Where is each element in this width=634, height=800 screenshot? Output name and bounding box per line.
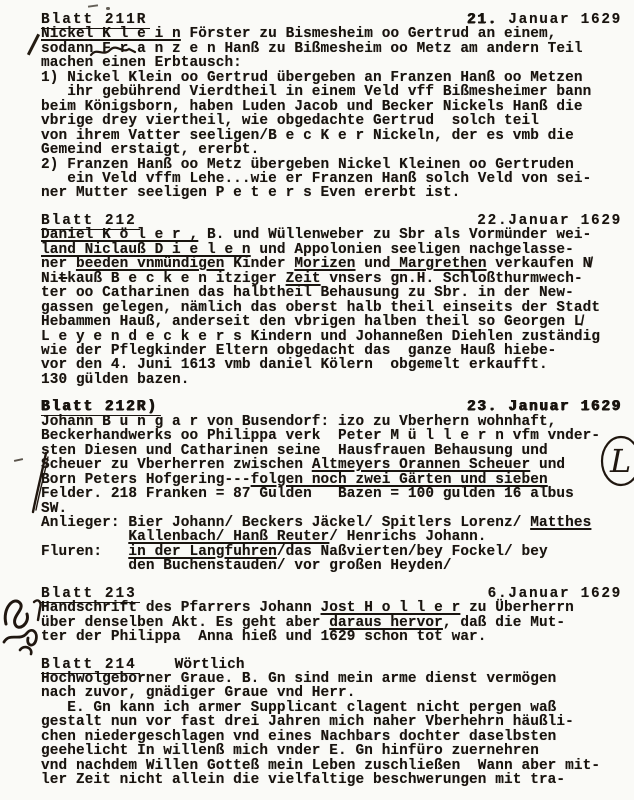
text-line: ner Mutter seeligen P e t e r s Even ere… xyxy=(41,186,628,200)
document-page: Blatt 211R21. Januar 1629Nickel K l e i … xyxy=(0,13,634,800)
text-line: gestalt nun vor fast drei Jahren mich na… xyxy=(41,715,628,729)
text-line: gassen gelegen, nämlich das oberst halb … xyxy=(41,301,628,315)
text-line: Gemeind erstaigt, ererbt. xyxy=(41,143,628,157)
handwritten-scribble-icon xyxy=(0,590,44,662)
text-line: SW. xyxy=(41,502,628,516)
text-line: Born Peters Hofgering---folgen noch zwei… xyxy=(41,473,628,487)
margin-slash-annotation-icon xyxy=(28,450,52,516)
text-line: Hebammen Hauß, anderseit den vbrigen hal… xyxy=(41,315,628,329)
text-line: Kallenbach/ Hanß Reuter/ Henrichs Johann… xyxy=(41,530,628,544)
text-line: ter oo Catharinen das halbtheil Behausun… xyxy=(41,286,628,300)
text-segment: ler Zeit nicht allein die vielfaltige be… xyxy=(41,772,565,788)
text-line: ter der Philippa Anna hieß und 1629 scho… xyxy=(41,630,628,644)
section-heading: Blatt 214 Wörtlich xyxy=(41,658,628,672)
circled-letter: L xyxy=(609,442,631,480)
heading-left: Blatt 214 Wörtlich xyxy=(41,658,245,672)
text-line: Scheuer zu Vberherren zwischen Altmeyers… xyxy=(41,458,628,472)
section-heading: Blatt 212R)23. Januar 1629 xyxy=(41,400,628,414)
top-dot-mark xyxy=(106,7,110,10)
heading-left: Blatt 212R) xyxy=(41,400,161,414)
text-segment: ter der Philippa Anna hieß und 1629 scho… xyxy=(41,629,487,645)
text-line: den Buchenstauden/ vor großen Heyden/ xyxy=(41,559,628,573)
flourish-annotation-icon xyxy=(88,44,138,60)
text-line: von ihrem Vatter seeligen/B e c K e r Ni… xyxy=(41,129,628,143)
section-blatt-212: Blatt 21222.Januar 1629Daniel K ö l e r … xyxy=(41,214,628,387)
text-line: vor den 4. Juni 1613 vmb daniel Kölern o… xyxy=(41,358,628,372)
section-blatt-214: Blatt 214 WörtlichHochwolgeborner Graue.… xyxy=(41,658,628,788)
text-segment: den Buchenstauden/ vor großen Heyden/ xyxy=(41,558,452,574)
text-line: Daniel K ö l e r , B. und Wüllenweber zu… xyxy=(41,228,628,242)
text-line: ihr gebührend Vierdtheil in einem Veld v… xyxy=(41,85,628,99)
text-line: ner beeden vnmündigen Kinder Morizen und… xyxy=(41,257,628,271)
text-segment: Matthes xyxy=(530,515,591,531)
text-line: geehelicht In willenß mich vnder E. Gn h… xyxy=(41,744,628,758)
text-segment: Felder. 218 Franken = 87 Gulden Bazen = … xyxy=(41,486,574,502)
section-blatt-211r: Blatt 211R21. Januar 1629Nickel K l e i … xyxy=(41,13,628,201)
text-line: Nitkauß B e c k e n itziger Zeit vnsers … xyxy=(41,272,628,286)
text-line: über denselben Akt. Es geht aber daraus … xyxy=(41,616,628,630)
scanned-document: { "page": { "kind": "typewritten archiva… xyxy=(0,0,634,800)
section-blatt-212r: Blatt 212R)23. Januar 1629Johann B u n g… xyxy=(41,400,628,573)
text-line: nach zuvor, gnädiger Graue vnd Herr. xyxy=(41,686,628,700)
text-segment: ner Mutter seeligen P e t e r s Even ere… xyxy=(41,185,460,201)
text-line: Felder. 218 Franken = 87 Gulden Bazen = … xyxy=(41,487,628,501)
section-blatt-213: Blatt 2136.Januar 1629Handschrift des Pf… xyxy=(41,587,628,645)
text-segment: 130 gülden bazen. xyxy=(41,372,190,388)
date-label: 23. Januar 1629 xyxy=(467,400,628,414)
text-line: L e y e n d e c k e r s Kindern und Joha… xyxy=(41,330,628,344)
text-line: 2) Franzen Hanß oo Metz übergeben Nickel… xyxy=(41,158,628,172)
text-line: sten Diesen und Catharinen seine Hausfra… xyxy=(41,444,628,458)
circled-letter-annotation-icon: L xyxy=(596,434,634,490)
text-line: Beckerhandwerks oo Philippa verk Peter M… xyxy=(41,429,628,443)
text-line: beim Königsborn, haben Luden Jacob und B… xyxy=(41,100,628,114)
text-line: Nickel K l e i n Förster zu Bismesheim o… xyxy=(41,27,628,41)
top-dash-mark xyxy=(88,4,98,7)
text-line: vbrige drey viertheil, wie obgedachte Ge… xyxy=(41,114,628,128)
text-line: Handschrift des Pfarrers Johann Jost H o… xyxy=(41,601,628,615)
text-line: ler Zeit nicht allein die vielfaltige be… xyxy=(41,773,628,787)
text-line: 130 gülden bazen. xyxy=(41,373,628,387)
